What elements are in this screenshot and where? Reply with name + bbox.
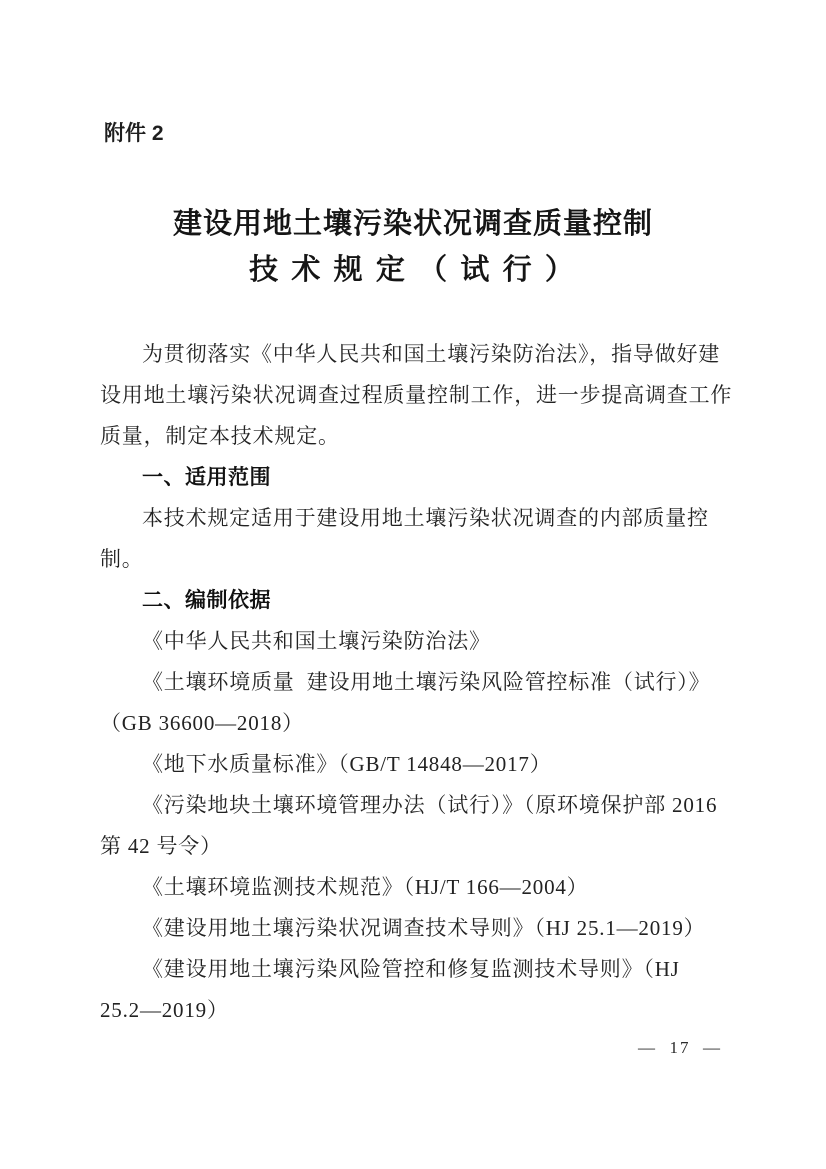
body-line: 为贯彻落实《中华人民共和国土壤污染防治法》，指导做好建	[100, 334, 740, 375]
body-line: 设用地土壤污染状况调查过程质量控制工作，进一步提高调查工作	[100, 375, 740, 416]
body-line: 制。	[100, 539, 740, 580]
reference-line: 第 42 号令）	[100, 826, 740, 867]
document-body: 为贯彻落实《中华人民共和国土壤污染防治法》，指导做好建 设用地土壤污染状况调查过…	[100, 334, 740, 1031]
body-line: 本技术规定适用于建设用地土壤污染状况调查的内部质量控	[100, 498, 740, 539]
reference-line: 《地下水质量标准》（GB/T 14848—2017）	[100, 744, 740, 785]
document-title-line-2: 技 术 规 定 （ 试 行 ）	[0, 247, 826, 293]
page-number: — 17 —	[638, 1038, 722, 1058]
reference-line: 《土壤环境监测技术规范》（HJ/T 166—2004）	[100, 867, 740, 908]
section-heading-basis: 二、编制依据	[100, 580, 740, 621]
body-line: 质量，制定本技术规定。	[100, 416, 740, 457]
reference-line: 25.2—2019）	[100, 990, 740, 1031]
reference-line: （GB 36600—2018）	[100, 703, 740, 744]
document-title: 建设用地土壤污染状况调查质量控制 技 术 规 定 （ 试 行 ）	[0, 201, 826, 293]
section-heading-scope: 一、适用范围	[100, 457, 740, 498]
reference-line: 《建设用地土壤污染状况调查技术导则》（HJ 25.1—2019）	[100, 908, 740, 949]
document-title-line-1: 建设用地土壤污染状况调查质量控制	[0, 201, 826, 247]
reference-line: 《中华人民共和国土壤污染防治法》	[100, 621, 740, 662]
reference-line: 《土壤环境质量 建设用地土壤污染风险管控标准（试行）》	[100, 662, 740, 703]
reference-line: 《建设用地土壤污染风险管控和修复监测技术导则》（HJ	[100, 949, 740, 990]
reference-line: 《污染地块土壤环境管理办法（试行）》（原环境保护部 2016	[100, 785, 740, 826]
attachment-label: 附件 2	[104, 121, 164, 147]
document-page: 附件 2 建设用地土壤污染状况调查质量控制 技 术 规 定 （ 试 行 ） 为贯…	[0, 0, 826, 1169]
